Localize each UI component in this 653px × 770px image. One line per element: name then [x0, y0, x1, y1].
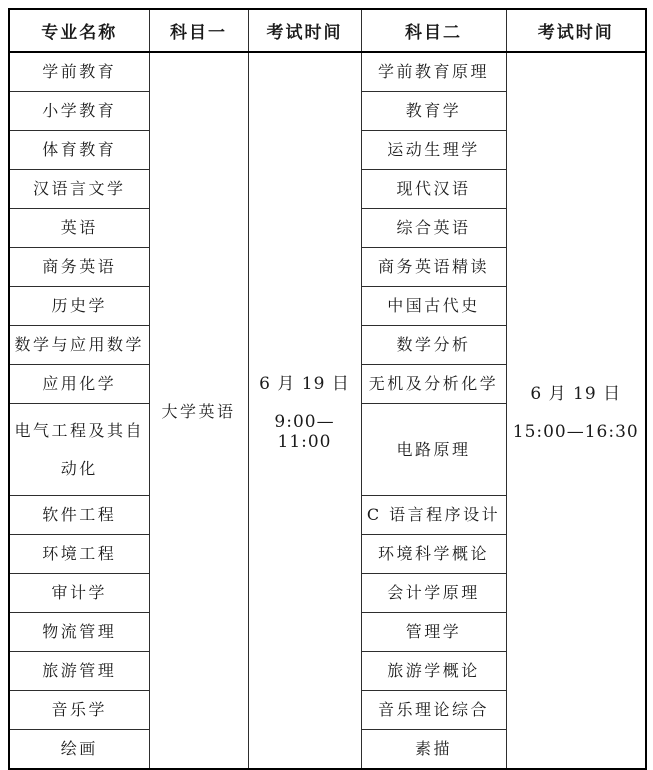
major-cell: 绘画: [9, 730, 149, 770]
major-cell: 数学与应用数学: [9, 326, 149, 365]
table-row: 学前教育 大学英语 6 月 19 日 9:00—11:00 学前教育原理 6 月…: [9, 52, 646, 92]
subject2-cell: C 语言程序设计: [361, 496, 506, 535]
major-cell: 软件工程: [9, 496, 149, 535]
subject2-cell: 管理学: [361, 613, 506, 652]
major-cell: 小学教育: [9, 92, 149, 131]
major-cell: 体育教育: [9, 131, 149, 170]
exam-time-1-merged-cell: 6 月 19 日 9:00—11:00: [248, 52, 361, 769]
header-major: 专业名称: [9, 9, 149, 52]
major-cell: 音乐学: [9, 691, 149, 730]
major-cell: 英语: [9, 209, 149, 248]
major-cell: 电气工程及其自动化: [9, 404, 149, 496]
subject2-cell: 数学分析: [361, 326, 506, 365]
header-subject2: 科目二: [361, 9, 506, 52]
exam-time-2-merged-cell: 6 月 19 日 15:00—16:30: [506, 52, 646, 769]
subject2-cell: 旅游学概论: [361, 652, 506, 691]
exam2-date: 6 月 19 日: [510, 379, 643, 404]
header-exam-time-1: 考试时间: [248, 9, 361, 52]
major-cell: 审计学: [9, 574, 149, 613]
major-cell: 历史学: [9, 287, 149, 326]
subject2-cell: 运动生理学: [361, 131, 506, 170]
exam1-time: 9:00—11:00: [252, 412, 358, 452]
exam2-time: 15:00—16:30: [510, 422, 643, 442]
major-cell: 物流管理: [9, 613, 149, 652]
major-cell: 应用化学: [9, 365, 149, 404]
exam-schedule-table: 专业名称 科目一 考试时间 科目二 考试时间 学前教育 大学英语 6 月 19 …: [8, 8, 647, 770]
subject2-cell: 现代汉语: [361, 170, 506, 209]
subject2-cell: 综合英语: [361, 209, 506, 248]
subject2-cell: 商务英语精读: [361, 248, 506, 287]
subject2-cell: 中国古代史: [361, 287, 506, 326]
subject2-cell: 环境科学概论: [361, 535, 506, 574]
major-cell: 汉语言文学: [9, 170, 149, 209]
subject2-cell: 电路原理: [361, 404, 506, 496]
header-subject1: 科目一: [149, 9, 248, 52]
subject2-cell: 无机及分析化学: [361, 365, 506, 404]
subject2-cell: 教育学: [361, 92, 506, 131]
page: 专业名称 科目一 考试时间 科目二 考试时间 学前教育 大学英语 6 月 19 …: [0, 0, 653, 758]
subject2-cell: 会计学原理: [361, 574, 506, 613]
major-cell: 商务英语: [9, 248, 149, 287]
header-row: 专业名称 科目一 考试时间 科目二 考试时间: [9, 9, 646, 52]
major-cell: 学前教育: [9, 52, 149, 92]
header-exam-time-2: 考试时间: [506, 9, 646, 52]
subject2-cell: 素描: [361, 730, 506, 770]
subject2-cell: 学前教育原理: [361, 52, 506, 92]
exam1-date: 6 月 19 日: [252, 369, 358, 394]
subject2-cell: 音乐理论综合: [361, 691, 506, 730]
subject1-merged-cell: 大学英语: [149, 52, 248, 769]
major-cell: 旅游管理: [9, 652, 149, 691]
major-cell: 环境工程: [9, 535, 149, 574]
